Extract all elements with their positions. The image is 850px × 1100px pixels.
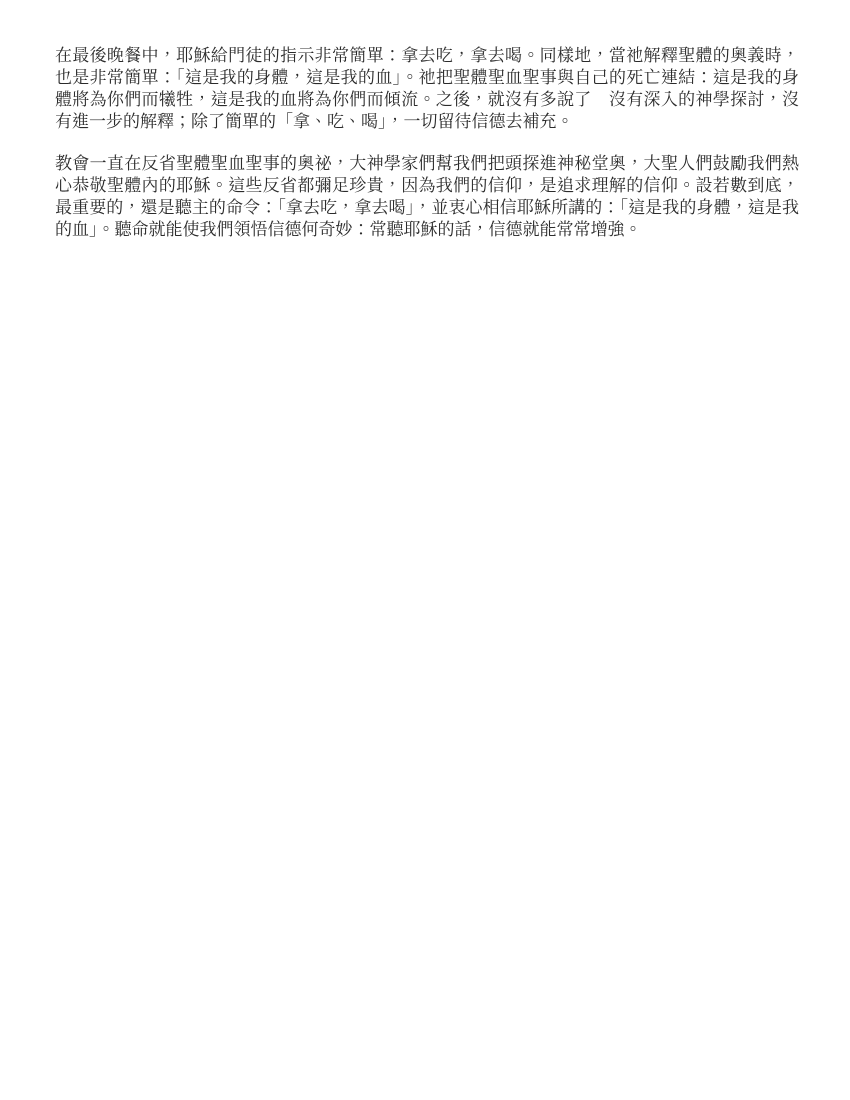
text-block: 在最後晚餐中，耶穌給門徒的指示非常簡單：拿去吃，拿去喝。同樣地，當祂解釋聖體的奧… — [55, 45, 799, 241]
paragraph-1: 在最後晚餐中，耶穌給門徒的指示非常簡單：拿去吃，拿去喝。同樣地，當祂解釋聖體的奧… — [55, 45, 799, 133]
paragraph-2: 教會一直在反省聖體聖血聖事的奧祕，大神學家們幫我們把頭探進神秘堂奧，大聖人們鼓勵… — [55, 153, 799, 241]
document-page: 在最後晚餐中，耶穌給門徒的指示非常簡單：拿去吃，拿去喝。同樣地，當祂解釋聖體的奧… — [0, 0, 850, 1100]
